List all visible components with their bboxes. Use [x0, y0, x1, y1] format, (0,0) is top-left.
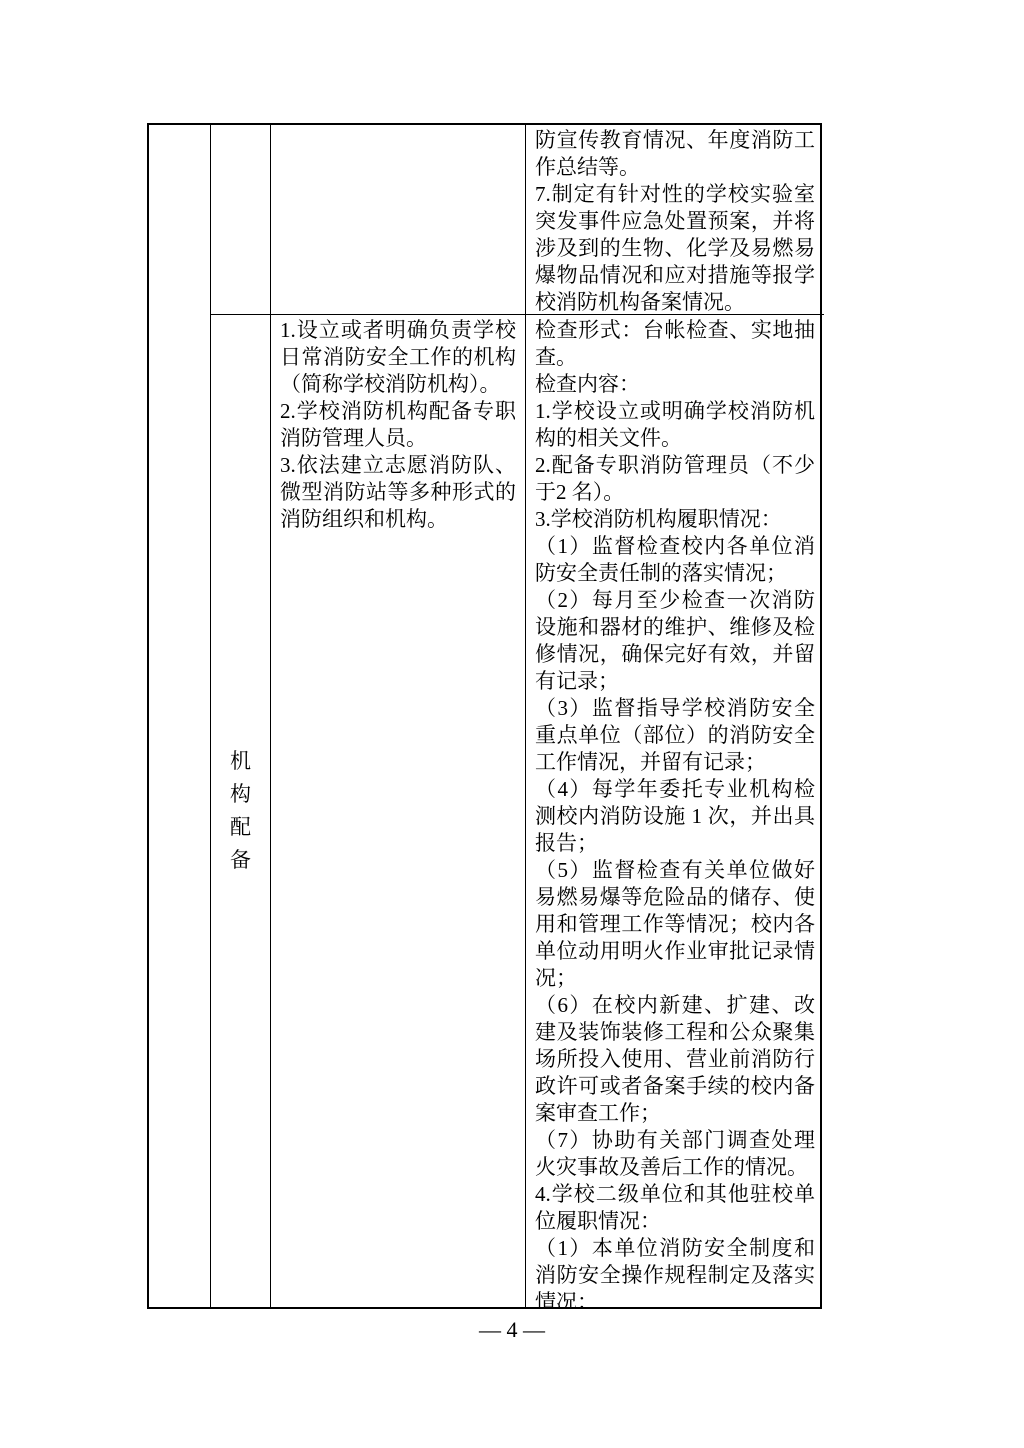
paragraph: 1.设立或者明确负责学校日常消防安全工作的机构（简称学校消防机构）。	[280, 317, 516, 398]
paragraph: 3.学校消防机构履职情况：	[535, 506, 815, 533]
paragraph: 检查内容：	[535, 371, 815, 398]
paragraph: （5）监督检查有关单位做好易燃易爆等危险品的储存、使用和管理工作等情况；校内各单…	[535, 857, 815, 992]
paragraph: （2）每月至少检查一次消防设施和器材的维护、维修及检修情况，确保完好有效，并留有…	[535, 587, 815, 695]
inspection-standards-table: 防宣传教育情况、年度消防工作总结等。7.制定有针对性的学校实验室突发事件应急处置…	[147, 123, 822, 1309]
category-cell-merged	[149, 125, 210, 1307]
inspection-cell-continuation: 防宣传教育情况、年度消防工作总结等。7.制定有针对性的学校实验室突发事件应急处置…	[525, 125, 824, 314]
document-page: 防宣传教育情况、年度消防工作总结等。7.制定有针对性的学校实验室突发事件应急处置…	[0, 0, 1024, 1448]
subcategory-label: 机构配备	[220, 745, 261, 877]
paragraph: （6）在校内新建、扩建、改建及装饰装修工程和公众聚集场所投入使用、营业前消防行政…	[535, 992, 815, 1127]
paragraph: 7.制定有针对性的学校实验室突发事件应急处置预案，并将涉及到的生物、化学及易燃易…	[535, 181, 815, 314]
paragraph: 4.学校二级单位和其他驻校单位履职情况：	[535, 1181, 815, 1235]
paragraph: 3.依法建立志愿消防队、微型消防站等多种形式的消防组织和机构。	[280, 452, 516, 533]
paragraph: 2.配备专职消防管理员（不少于2 名）。	[535, 452, 815, 506]
paragraph: （1）监督检查校内各单位消防安全责任制的落实情况；	[535, 533, 815, 587]
paragraph: 防宣传教育情况、年度消防工作总结等。	[535, 127, 815, 181]
subcategory-cell-continuation	[210, 125, 270, 314]
paragraph: （7）协助有关部门调查处理火灾事故及善后工作的情况。	[535, 1127, 815, 1181]
paragraph: 检查形式：台帐检查、实地抽查。	[535, 317, 815, 371]
requirements-cell-jigoupeibei: 1.设立或者明确负责学校日常消防安全工作的机构（简称学校消防机构）。2.学校消防…	[270, 314, 525, 1307]
requirements-cell-continuation	[270, 125, 525, 314]
page-number: — 4 —	[0, 1316, 1024, 1343]
paragraph: （4）每学年委托专业机构检测校内消防设施 1 次，并出具报告；	[535, 776, 815, 857]
paragraph: （3）监督指导学校消防安全重点单位（部位）的消防安全工作情况，并留有记录；	[535, 695, 815, 776]
inspection-cell-jigoupeibei: 检查形式：台帐检查、实地抽查。检查内容：1.学校设立或明确学校消防机构的相关文件…	[525, 314, 824, 1307]
paragraph: 1.学校设立或明确学校消防机构的相关文件。	[535, 398, 815, 452]
paragraph: 2.学校消防机构配备专职消防管理人员。	[280, 398, 516, 452]
paragraph: （1）本单位消防安全制度和消防安全操作规程制定及落实情况；	[535, 1235, 815, 1307]
subcategory-cell-jigoupeibei: 机构配备	[210, 314, 270, 1307]
